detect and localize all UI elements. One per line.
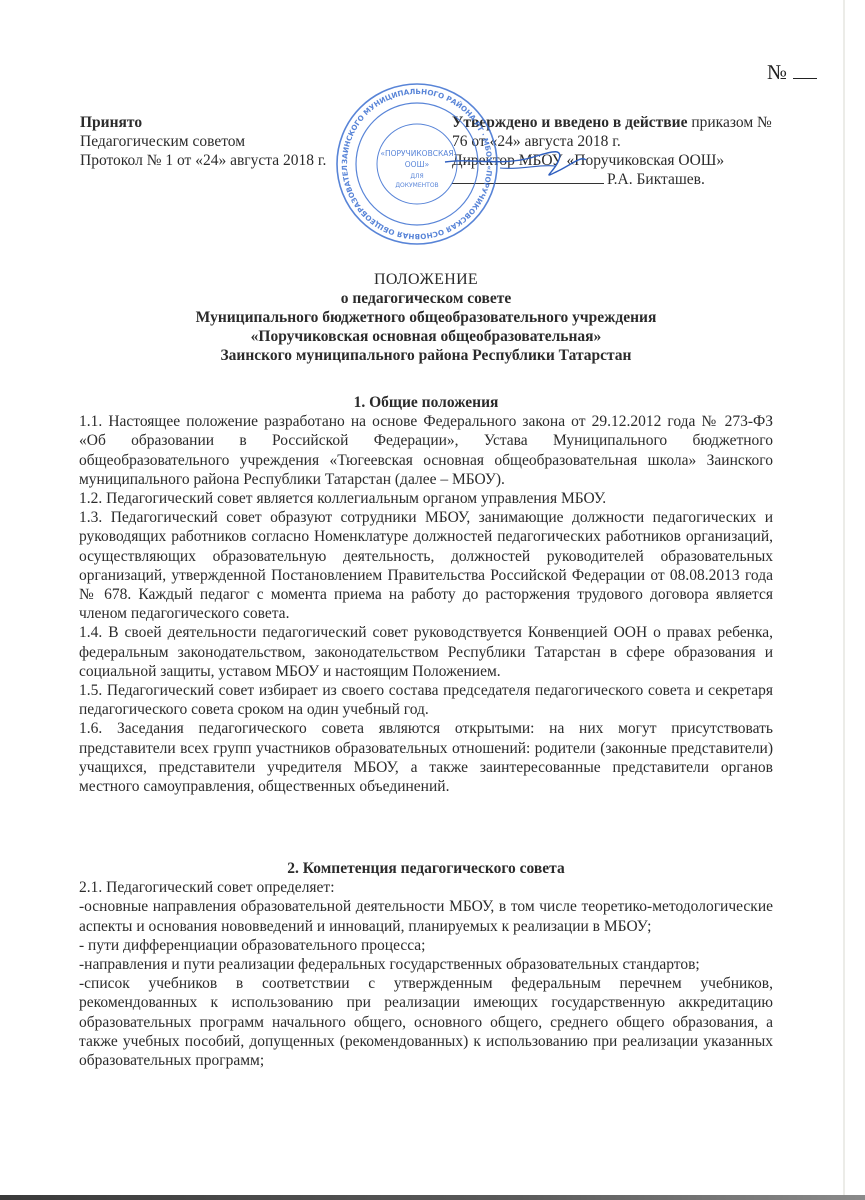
list-item: -список учебников в соответствии с утвер… bbox=[79, 974, 773, 1070]
paragraph-1-6: 1.6. Заседания педагогического совета яв… bbox=[79, 719, 773, 796]
order-date-line: 76 от «24» августа 2018 г. bbox=[452, 132, 812, 151]
document-title-block: ПОЛОЖЕНИЕ о педагогическом совете Муници… bbox=[80, 270, 772, 365]
accepted-by: Педагогическим советом bbox=[80, 132, 326, 151]
scan-page-edge bbox=[843, 0, 845, 1195]
scan-bottom-edge bbox=[0, 1195, 865, 1200]
paragraph-1-2: 1.2. Педагогический совет является колле… bbox=[79, 489, 773, 508]
list-item: -направления и пути реализации федеральн… bbox=[79, 955, 773, 974]
svg-text:ДОКУМЕНТОВ: ДОКУМЕНТОВ bbox=[395, 182, 438, 189]
list-item: - пути дифференциации образовательного п… bbox=[79, 936, 773, 955]
signer-name: Р.А. Бикташев. bbox=[607, 171, 705, 188]
approval-block-left: Принято Педагогическим советом Протокол … bbox=[80, 113, 326, 170]
section-heading: 2. Компетенция педагогического совета bbox=[79, 859, 773, 878]
paragraph-1-5: 1.5. Педагогический совет избирает из св… bbox=[79, 681, 773, 719]
title-subject: о педагогическом совете bbox=[80, 289, 772, 308]
paragraph-1-4: 1.4. В своей деятельности педагогический… bbox=[79, 623, 773, 681]
svg-text:ДЛЯ: ДЛЯ bbox=[410, 173, 423, 180]
director-line: Директор МБОУ «Поручиковская ООШ» bbox=[452, 151, 812, 170]
accepted-title: Принято bbox=[80, 113, 326, 132]
svg-text:«ПОРУЧИКОВСКАЯ: «ПОРУЧИКОВСКАЯ bbox=[380, 149, 453, 158]
document-number: № bbox=[767, 60, 817, 85]
section-competence: 2. Компетенция педагогического совета 2.… bbox=[79, 859, 773, 1070]
signature-blank bbox=[452, 170, 604, 184]
approved-title: Утверждено и введено в действие bbox=[452, 114, 687, 131]
order-label: приказом № bbox=[687, 114, 771, 131]
paragraph-2-1: 2.1. Педагогический совет определяет: bbox=[79, 878, 773, 897]
number-blank bbox=[793, 64, 817, 79]
svg-text:ООШ»: ООШ» bbox=[405, 160, 430, 169]
title-institution: Муниципального бюджетного общеобразовате… bbox=[80, 308, 772, 327]
document-title: ПОЛОЖЕНИЕ bbox=[80, 270, 772, 289]
protocol-line: Протокол № 1 от «24» августа 2018 г. bbox=[80, 151, 326, 170]
title-district: Заинского муниципального района Республи… bbox=[80, 346, 772, 365]
list-item: -основные направления образовательной де… bbox=[79, 897, 773, 935]
number-sign: № bbox=[767, 60, 787, 84]
paragraph-1-1: 1.1. Настоящее положение разработано на … bbox=[79, 412, 773, 489]
signature-line: Р.А. Бикташев. bbox=[452, 170, 812, 189]
section-heading: 1. Общие положения bbox=[79, 393, 773, 412]
title-school-name: «Поручиковская основная общеобразователь… bbox=[80, 327, 772, 346]
paragraph-1-3: 1.3. Педагогический совет образуют сотру… bbox=[79, 508, 773, 623]
section-general-provisions: 1. Общие положения 1.1. Настоящее положе… bbox=[79, 393, 773, 796]
approval-block-right: Утверждено и введено в действие приказом… bbox=[452, 113, 812, 189]
